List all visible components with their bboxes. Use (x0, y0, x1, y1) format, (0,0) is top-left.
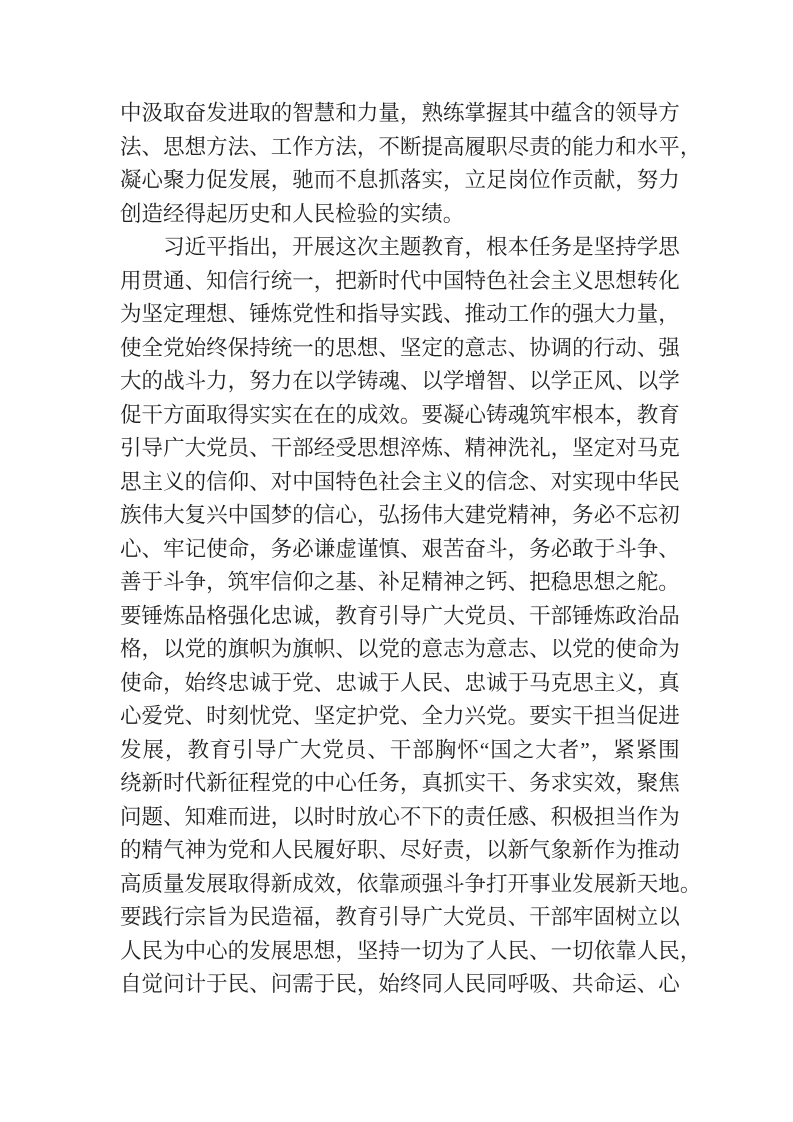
text-line: 问题、知难而进，以时时放心不下的责任感、积极担当作为 (120, 801, 680, 835)
text-line: 高质量发展取得新成效，依靠顽强斗争打开事业发展新天地。 (120, 868, 680, 902)
text-line: 思主义的信仰、对中国特色社会主义的信念、对实现中华民 (120, 466, 680, 500)
text-line: 法、思想方法、工作方法，不断提高履职尽责的能力和水平， (120, 131, 680, 165)
text-line: 使全党始终保持统一的思想、坚定的意志、协调的行动、强 (120, 332, 680, 366)
text-line: 中汲取奋发进取的智慧和力量，熟练掌握其中蕴含的领导方 (120, 97, 680, 131)
text-line: 绕新时代新征程党的中心任务，真抓实干、务求实效，聚焦 (120, 767, 680, 801)
text-line: 使命，始终忠诚于党、忠诚于人民、忠诚于马克思主义，真 (120, 667, 680, 701)
text-line: 为坚定理想、锤炼党性和指导实践、推动工作的强大力量， (120, 298, 680, 332)
text-line: 要锤炼品格强化忠诚，教育引导广大党员、干部锤炼政治品 (120, 600, 680, 634)
text-line: 人民为中心的发展思想，坚持一切为了人民、一切依靠人民， (120, 935, 680, 969)
text-line: 促干方面取得实实在在的成效。要凝心铸魂筑牢根本，教育 (120, 399, 680, 433)
document-text: 中汲取奋发进取的智慧和力量，熟练掌握其中蕴含的领导方法、思想方法、工作方法，不断… (120, 97, 680, 1002)
document-page: 中汲取奋发进取的智慧和力量，熟练掌握其中蕴含的领导方法、思想方法、工作方法，不断… (0, 0, 793, 1122)
text-line: 大的战斗力，努力在以学铸魂、以学增智、以学正风、以学 (120, 365, 680, 399)
text-line: 创造经得起历史和人民检验的实绩。 (120, 198, 680, 232)
text-line: 心、牢记使命，务必谦虚谨慎、艰苦奋斗，务必敢于斗争、 (120, 533, 680, 567)
text-line: 自觉问计于民、问需于民，始终同人民同呼吸、共命运、心 (120, 968, 680, 1002)
text-line: 凝心聚力促发展，驰而不息抓落实，立足岗位作贡献，努力 (120, 164, 680, 198)
text-line: 善于斗争，筑牢信仰之基、补足精神之钙、把稳思想之舵。 (120, 566, 680, 600)
text-line: 格，以党的旗帜为旗帜、以党的意志为意志、以党的使命为 (120, 633, 680, 667)
text-line: 引导广大党员、干部经受思想淬炼、精神洗礼，坚定对马克 (120, 432, 680, 466)
text-line: 的精气神为党和人民履好职、尽好责，以新气象新作为推动 (120, 834, 680, 868)
text-line: 用贯通、知信行统一，把新时代中国特色社会主义思想转化 (120, 265, 680, 299)
text-line: 发展，教育引导广大党员、干部胸怀“国之大者”，紧紧围 (120, 734, 680, 768)
text-line: 要践行宗旨为民造福，教育引导广大党员、干部牢固树立以 (120, 901, 680, 935)
text-line: 族伟大复兴中国梦的信心，弘扬伟大建党精神，务必不忘初 (120, 499, 680, 533)
text-line: 习近平指出，开展这次主题教育，根本任务是坚持学思 (120, 231, 680, 265)
text-line: 心爱党、时刻忧党、坚定护党、全力兴党。要实干担当促进 (120, 700, 680, 734)
